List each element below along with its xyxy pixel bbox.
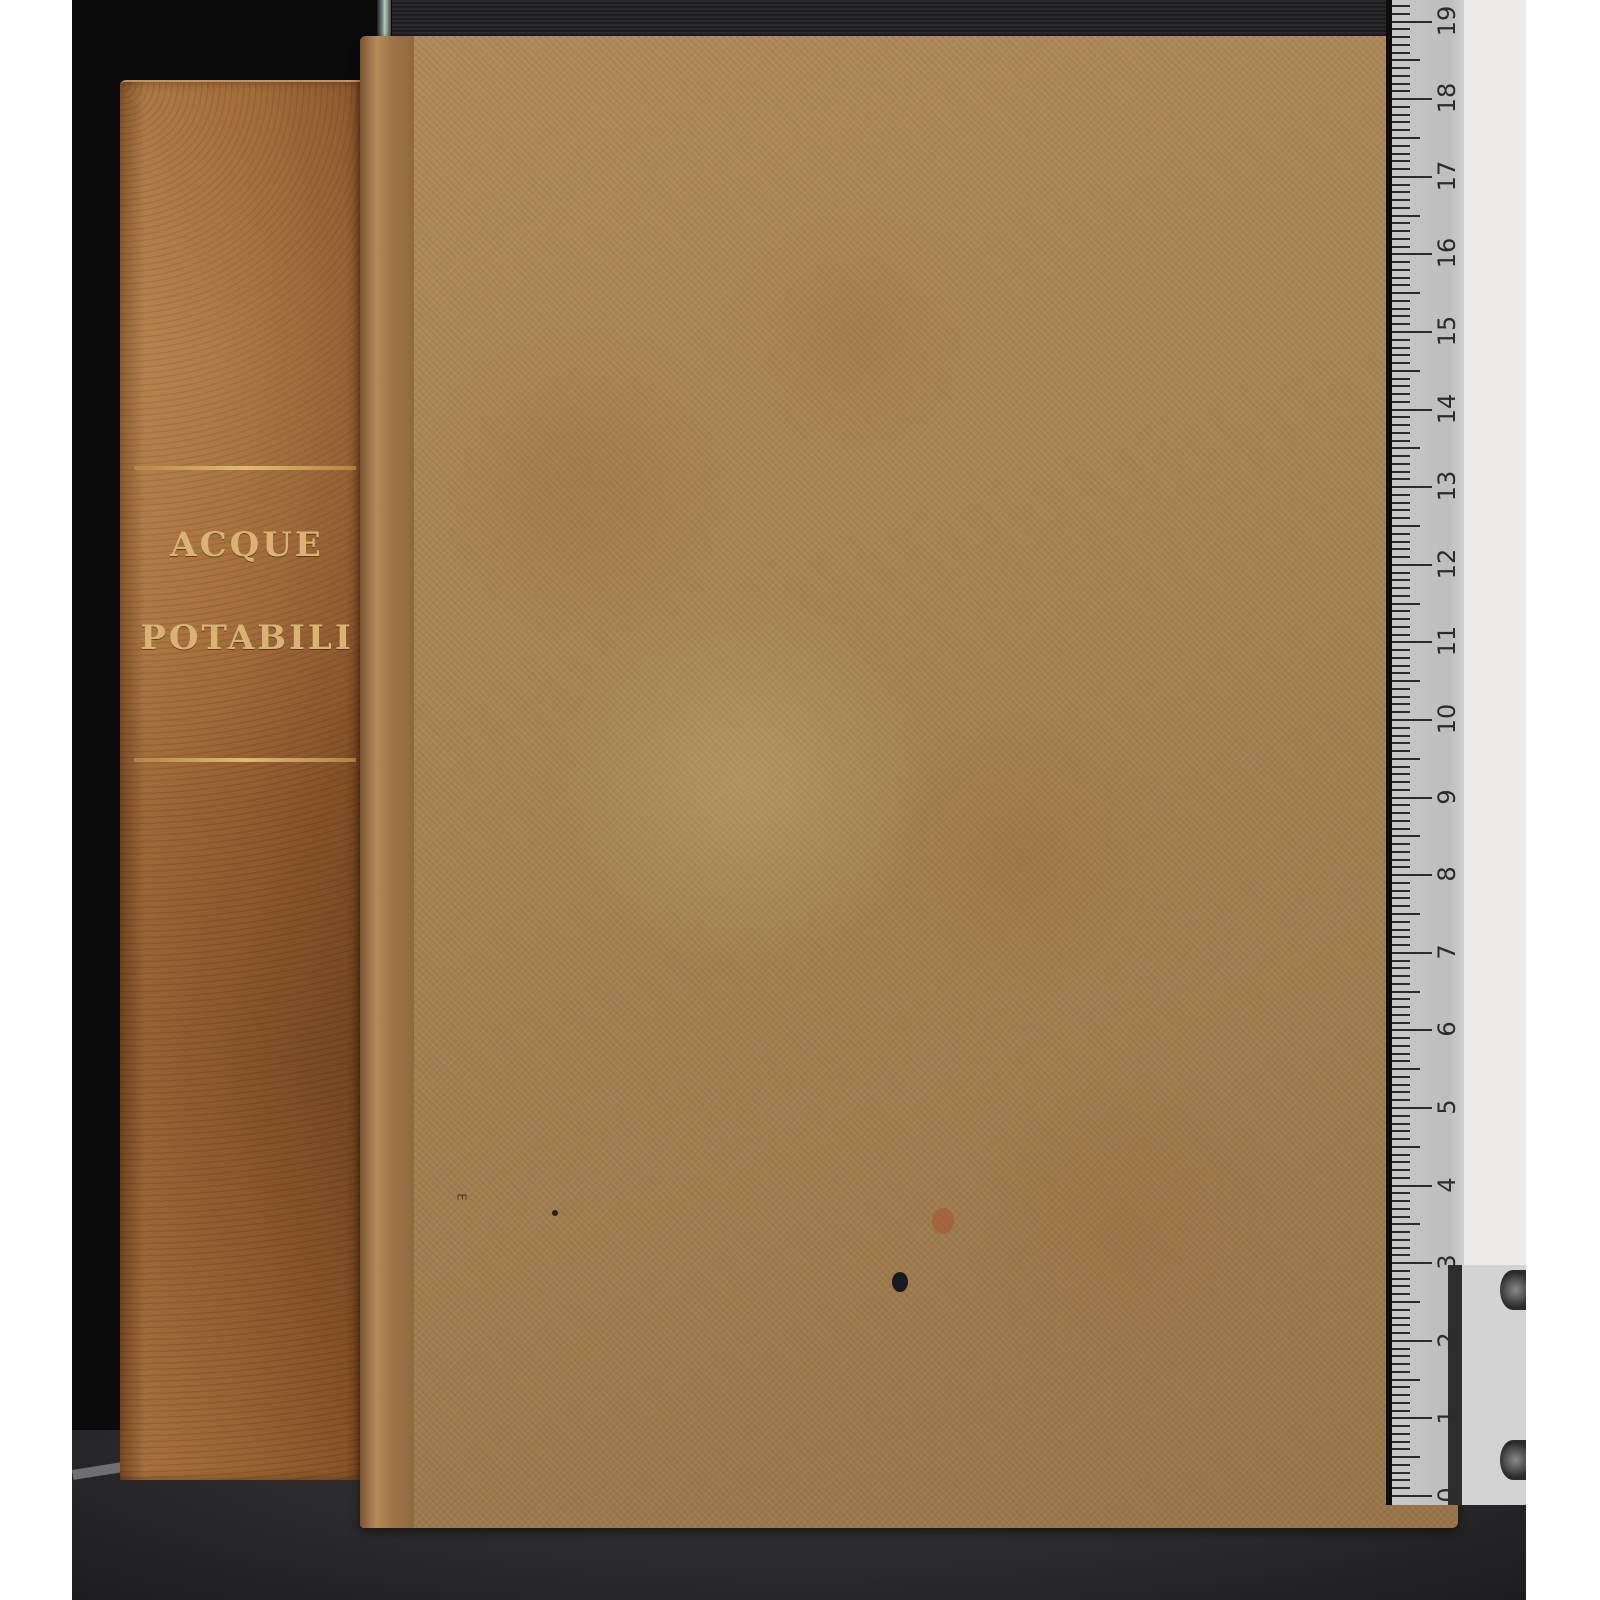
ruler-tick xyxy=(1392,548,1410,550)
ruler-tick xyxy=(1392,145,1410,147)
ruler-tick xyxy=(1392,409,1432,411)
spine-gilt-rule-bottom xyxy=(134,758,356,762)
ruler-tick xyxy=(1392,1177,1410,1179)
ruler-tick xyxy=(1392,1169,1410,1171)
ruler-tick xyxy=(1392,1223,1420,1225)
ruler-tick xyxy=(1392,1309,1410,1311)
ruler-tick xyxy=(1392,618,1410,620)
ruler-tick xyxy=(1392,735,1410,737)
ruler-tick xyxy=(1392,1293,1410,1295)
ruler-tick xyxy=(1392,1099,1410,1101)
ruler-tick xyxy=(1392,804,1410,806)
ruler-tick xyxy=(1392,370,1420,372)
ruler-tick xyxy=(1392,1216,1410,1218)
ruler-tick xyxy=(1392,1464,1410,1466)
ruler-tick xyxy=(1392,835,1420,837)
ruler-cm-label: 6 xyxy=(1433,1012,1461,1046)
ruler-tick xyxy=(1392,789,1410,791)
ruler-tick xyxy=(1392,1239,1410,1241)
cover-ink-dot xyxy=(892,1272,908,1292)
ruler-tick xyxy=(1392,657,1410,659)
ruler-tick xyxy=(1392,385,1410,387)
ruler-tick xyxy=(1392,308,1410,310)
ruler-tick xyxy=(1392,1130,1410,1132)
ruler-tick xyxy=(1392,952,1432,954)
ruler-tick xyxy=(1392,1053,1410,1055)
ruler-tick xyxy=(1392,882,1410,884)
ruler-tick xyxy=(1392,1161,1410,1163)
ruler-tick xyxy=(1392,5,1410,7)
ruler-tick xyxy=(1392,238,1410,240)
ruler-cm-label: 19 xyxy=(1433,4,1461,38)
ruler-cm-label: 12 xyxy=(1433,547,1461,581)
ruler-tick xyxy=(1392,913,1420,915)
ruler-tick xyxy=(1392,300,1410,302)
ruler-tick xyxy=(1392,21,1432,23)
ruler-tick xyxy=(1392,1185,1432,1187)
ruler-tick xyxy=(1392,36,1410,38)
ruler-tick xyxy=(1392,991,1420,993)
ruler-tick xyxy=(1392,1317,1410,1319)
ruler-tick xyxy=(1392,222,1410,224)
bracket-bolt-top xyxy=(1500,1270,1526,1310)
ruler-tick xyxy=(1392,828,1410,830)
ruler-tick xyxy=(1392,766,1410,768)
ruler-tick xyxy=(1392,533,1410,535)
ruler-tick xyxy=(1392,463,1410,465)
ruler-tick xyxy=(1392,1371,1410,1373)
ruler-tick xyxy=(1392,1487,1410,1489)
ruler-tick xyxy=(1392,292,1420,294)
ruler-tick xyxy=(1392,929,1410,931)
ruler-tick xyxy=(1392,447,1420,449)
ruler-tick xyxy=(1392,1084,1410,1086)
ruler-tick xyxy=(1392,1060,1410,1062)
ruler-tick xyxy=(1392,541,1410,543)
ruler-tick xyxy=(1392,921,1410,923)
ruler-tick xyxy=(1392,1456,1420,1458)
ruler-tick xyxy=(1392,153,1410,155)
ruler-tick xyxy=(1392,1472,1410,1474)
ruler-tick xyxy=(1392,1138,1410,1140)
ruler-tick xyxy=(1392,59,1420,61)
ruler-tick xyxy=(1392,1417,1432,1419)
book-spine xyxy=(120,82,370,1480)
ruler-tick xyxy=(1392,727,1410,729)
ruler-tick xyxy=(1392,874,1432,876)
ruler-tick xyxy=(1392,517,1410,519)
ruler-tick xyxy=(1392,455,1410,457)
ruler-tick xyxy=(1392,83,1410,85)
ruler-tick xyxy=(1392,168,1410,170)
ruler-tick xyxy=(1392,1379,1420,1381)
ruler-tick xyxy=(1392,323,1410,325)
ruler-cm-label: 8 xyxy=(1433,857,1461,891)
ruler-tick xyxy=(1392,680,1420,682)
ruler-tick xyxy=(1392,424,1410,426)
ruler-tick xyxy=(1392,401,1410,403)
ruler-tick xyxy=(1392,603,1420,605)
ruler-cm-label: 1 xyxy=(1433,1400,1461,1434)
ruler-tick xyxy=(1392,1425,1410,1427)
ruler-tick xyxy=(1392,851,1410,853)
book-front-cover xyxy=(360,36,1458,1528)
ruler-tick xyxy=(1392,486,1432,488)
ruler-tick xyxy=(1392,509,1410,511)
ruler-tick xyxy=(1392,440,1410,442)
ruler-tick xyxy=(1392,579,1410,581)
ruler-tick xyxy=(1392,897,1410,899)
ruler-cm-label: 5 xyxy=(1433,1090,1461,1124)
cover-red-spot xyxy=(932,1208,954,1234)
spine-title-line-2: POTABILI xyxy=(132,618,362,658)
ruler-tick xyxy=(1392,812,1410,814)
ruler-tick xyxy=(1392,176,1432,178)
ruler-tick xyxy=(1392,1037,1410,1039)
photo-backdrop: ACQUE POTABILI E xyxy=(72,0,1526,1600)
ruler-tick xyxy=(1392,1022,1410,1024)
ruler-tick xyxy=(1392,1146,1420,1148)
ruler-tick xyxy=(1392,1386,1410,1388)
ruler-tick xyxy=(1392,1115,1410,1117)
ruler-tick xyxy=(1392,129,1410,131)
ruler-tick xyxy=(1392,525,1420,527)
ruler-tick xyxy=(1392,649,1410,651)
ruler-tick xyxy=(1392,354,1410,356)
ruler-tick xyxy=(1392,106,1410,108)
ruler-cm-label: 0 xyxy=(1433,1478,1461,1512)
ruler-tick xyxy=(1392,1495,1432,1497)
ruler-tick xyxy=(1392,416,1410,418)
ruler-tick xyxy=(1392,641,1432,643)
ruler-tick xyxy=(1392,1301,1420,1303)
ruler-tick xyxy=(1392,98,1432,100)
ruler-tick xyxy=(1392,773,1410,775)
ruler-tick xyxy=(1392,1231,1410,1233)
ruler-tick xyxy=(1392,1278,1410,1280)
ruler-tick xyxy=(1392,634,1410,636)
ruler-tick xyxy=(1392,890,1410,892)
ruler-tick xyxy=(1392,478,1410,480)
ruler-tick xyxy=(1392,67,1410,69)
ruler-tick xyxy=(1392,1324,1410,1326)
ruler-tick xyxy=(1392,719,1432,721)
ruler-tick xyxy=(1392,936,1410,938)
cover-stamp: E xyxy=(455,1193,469,1200)
ruler-tick xyxy=(1392,781,1410,783)
ruler-tick xyxy=(1392,1355,1410,1357)
ruler-tick xyxy=(1392,587,1410,589)
ruler-tick xyxy=(1392,494,1410,496)
ruler-cm-label: 17 xyxy=(1433,159,1461,193)
ruler-tick xyxy=(1392,121,1410,123)
ruler-tick xyxy=(1392,696,1410,698)
ruler-tick xyxy=(1392,1045,1410,1047)
ruler-tick xyxy=(1392,742,1410,744)
ruler-tick xyxy=(1392,711,1410,713)
ruler-tick xyxy=(1392,471,1410,473)
ruler-tick xyxy=(1392,944,1410,946)
ruler-cm-label: 13 xyxy=(1433,469,1461,503)
ruler-tick xyxy=(1392,960,1410,962)
ruler-tick xyxy=(1392,1448,1410,1450)
ruler-tick xyxy=(1392,1433,1410,1435)
ruler-tick xyxy=(1392,1270,1410,1272)
ruler-tick xyxy=(1392,339,1410,341)
ruler-cm-label: 16 xyxy=(1433,236,1461,270)
ruler-cm-label: 2 xyxy=(1433,1323,1461,1357)
spine-gilt-rule-top xyxy=(134,466,356,470)
ruler-tick xyxy=(1392,114,1410,116)
ruler-tick xyxy=(1392,1154,1410,1156)
backdrop-fabric xyxy=(392,0,1526,40)
ruler-tick xyxy=(1392,13,1410,15)
ruler-tick xyxy=(1392,331,1432,333)
ruler-cm-label: 7 xyxy=(1433,935,1461,969)
ruler-tick xyxy=(1392,347,1410,349)
ruler-cm-label: 11 xyxy=(1433,624,1461,658)
ruler-tick xyxy=(1392,246,1410,248)
ruler-tick xyxy=(1392,52,1410,54)
ruler-tick xyxy=(1392,843,1410,845)
ruler-tick xyxy=(1392,1192,1410,1194)
cover-hinge xyxy=(360,36,414,1528)
ruler-tick xyxy=(1392,1076,1410,1078)
ruler-tick xyxy=(1392,1014,1410,1016)
ruler-tick xyxy=(1392,28,1410,30)
ruler-tick xyxy=(1392,277,1410,279)
ruler-cm-label: 14 xyxy=(1433,392,1461,426)
ruler-tick xyxy=(1392,1363,1410,1365)
ruler-tick xyxy=(1392,90,1410,92)
ruler-tick xyxy=(1392,315,1410,317)
ruler-tick xyxy=(1392,1402,1410,1404)
ruler-tick xyxy=(1392,1340,1432,1342)
ruler-tick xyxy=(1392,160,1410,162)
ruler-tick xyxy=(1392,269,1410,271)
ruler-tick xyxy=(1392,688,1410,690)
ruler-tick xyxy=(1392,207,1410,209)
ruler-tick xyxy=(1392,983,1410,985)
ruler-tick xyxy=(1392,1332,1410,1334)
ruler-cm-label: 18 xyxy=(1433,81,1461,115)
ruler-tick xyxy=(1392,672,1410,674)
ruler-tick xyxy=(1392,626,1410,628)
ruler-tick xyxy=(1392,610,1410,612)
ruler-tick xyxy=(1392,184,1410,186)
ruler-tick xyxy=(1392,595,1410,597)
ruler-cm-label: 9 xyxy=(1433,780,1461,814)
ruler-tick xyxy=(1392,199,1410,201)
ruler-tick xyxy=(1392,1200,1410,1202)
ruler-tick xyxy=(1392,1123,1410,1125)
ruler-tick xyxy=(1392,502,1410,504)
ruler-cm-label: 15 xyxy=(1433,314,1461,348)
ruler-tick xyxy=(1392,1029,1432,1031)
ruler-tick xyxy=(1392,378,1410,380)
ruler-tick xyxy=(1392,1348,1410,1350)
ruler-cm-label: 3 xyxy=(1433,1245,1461,1279)
ruler-cm-label: 4 xyxy=(1433,1168,1461,1202)
cover-dark-dot-small xyxy=(552,1210,558,1216)
ruler-tick xyxy=(1392,1208,1410,1210)
ruler-tick xyxy=(1392,1479,1410,1481)
ruler-tick xyxy=(1392,556,1410,558)
ruler-tick xyxy=(1392,261,1410,263)
ruler-tick xyxy=(1392,975,1410,977)
ruler-tick xyxy=(1392,967,1410,969)
ruler-tick xyxy=(1392,253,1432,255)
ruler-tick xyxy=(1392,998,1410,1000)
ruler-tick xyxy=(1392,1247,1410,1249)
ruler-tick xyxy=(1392,1254,1410,1256)
ruler-tick xyxy=(1392,1262,1432,1264)
ruler-tick xyxy=(1392,820,1410,822)
bracket-bolt-bottom xyxy=(1500,1440,1526,1480)
ruler-tick xyxy=(1392,1285,1410,1287)
ruler-tick xyxy=(1392,1091,1410,1093)
ruler-tick xyxy=(1392,432,1410,434)
ruler-tick xyxy=(1392,393,1410,395)
ruler-tick xyxy=(1392,1068,1420,1070)
ruler-tick xyxy=(1392,1107,1432,1109)
ruler-tick xyxy=(1392,758,1420,760)
ruler-tick xyxy=(1392,572,1410,574)
ruler-tick xyxy=(1392,859,1410,861)
ruler-tick xyxy=(1392,866,1410,868)
ruler-tick xyxy=(1392,665,1410,667)
ruler-tick xyxy=(1392,1410,1410,1412)
ruler-tick xyxy=(1392,230,1410,232)
ruler-cm-label: 10 xyxy=(1433,702,1461,736)
ruler-tick xyxy=(1392,905,1410,907)
ruler-tick xyxy=(1392,284,1410,286)
ruler-tick xyxy=(1392,703,1410,705)
ruler-tick xyxy=(1392,75,1410,77)
ruler-tick xyxy=(1392,362,1410,364)
ruler-tick xyxy=(1392,44,1410,46)
spine-title-line-1: ACQUE xyxy=(132,525,362,565)
ruler-tick xyxy=(1392,750,1410,752)
ruler-tick xyxy=(1392,137,1420,139)
ruler-tick xyxy=(1392,191,1410,193)
ruler-tick xyxy=(1392,564,1432,566)
ruler-tick xyxy=(1392,1441,1410,1443)
ruler-tick xyxy=(1392,1394,1410,1396)
ruler-tick xyxy=(1392,1006,1410,1008)
ruler-tick xyxy=(1392,215,1420,217)
ruler-tick xyxy=(1392,797,1432,799)
